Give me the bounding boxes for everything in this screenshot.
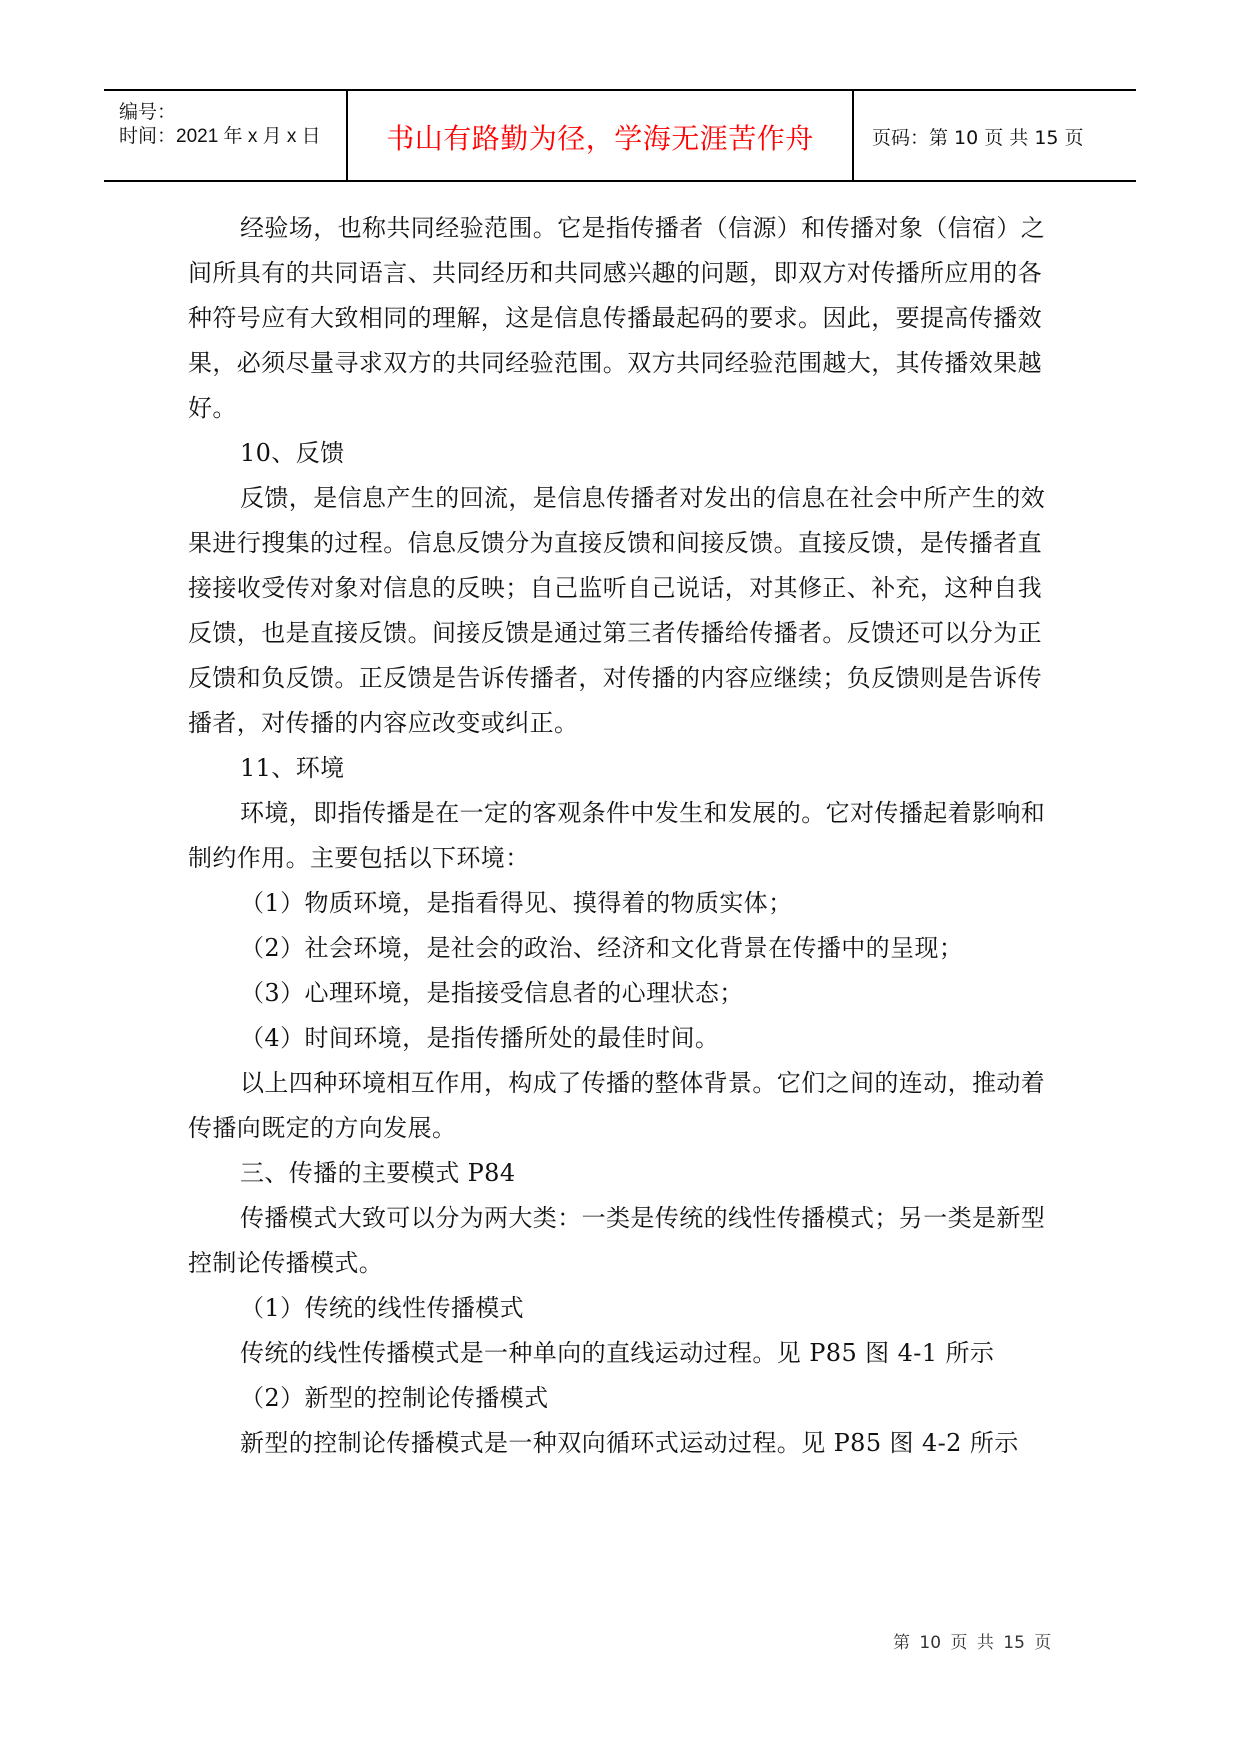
page-header: 编号： 时间：2021 年 x 月 x 日 书山有路勤为径，学海无涯苦作舟 页码…: [104, 89, 1136, 182]
paragraph-line: 环境，即指传播是在一定的客观条件中发生和发展的。它对传播起着影响和: [240, 798, 1045, 828]
paragraph-line: （2）新型的控制论传播模式: [240, 1383, 548, 1413]
paragraph-line: 反馈，也是直接反馈。间接反馈是通过第三者传播给传播者。反馈还可以分为正: [188, 618, 1042, 648]
paragraph-line: 控制论传播模式。: [188, 1248, 383, 1278]
serial-number-label: 编号：: [119, 97, 176, 124]
paragraph-line: 传播模式大致可以分为两大类：一类是传统的线性传播模式；另一类是新型: [240, 1203, 1045, 1233]
paragraph-line: 反馈，是信息产生的回流，是信息传播者对发出的信息在社会中所产生的效: [240, 483, 1045, 513]
paragraph-line: 制约作用。主要包括以下环境：: [188, 843, 530, 873]
paragraph-line: 播者，对传播的内容应改变或纠正。: [188, 708, 578, 738]
paragraph-line: 接接收受传对象对信息的反映；自己监听自己说话，对其修正、补充，这种自我: [188, 573, 1042, 603]
date-label: 时间：2021 年 x 月 x 日: [119, 121, 321, 148]
header-page-cell: 页码：第 10 页 共 15 页: [854, 91, 1136, 180]
paragraph-line: 11、环境: [240, 753, 345, 783]
paragraph-line: （3）心理环境，是指接受信息者的心理状态；: [240, 978, 744, 1008]
paragraph-line: 三、传播的主要模式 P84: [240, 1158, 516, 1188]
footer-page-number: 第 10 页 共 15 页: [893, 1628, 1051, 1653]
paragraph-line: （1）物质环境，是指看得见、摸得着的物质实体；: [240, 888, 792, 918]
header-meta-cell: 编号： 时间：2021 年 x 月 x 日: [104, 91, 348, 180]
paragraph-line: （2）社会环境，是社会的政治、经济和文化背景在传播中的呈现；: [240, 933, 963, 963]
paragraph-line: 间所具有的共同语言、共同经历和共同感兴趣的问题，即双方对传播所应用的各: [188, 258, 1042, 288]
paragraph-line: 好。: [188, 393, 237, 423]
paragraph-line: （4）时间环境，是指传播所处的最佳时间。: [240, 1023, 719, 1053]
paragraph-line: 10、反馈: [240, 438, 345, 468]
paragraph-line: 传统的线性传播模式是一种单向的直线运动过程。见 P85 图 4-1 所示: [240, 1338, 994, 1368]
paragraph-line: 传播向既定的方向发展。: [188, 1113, 456, 1143]
paragraph-line: 以上四种环境相互作用，构成了传播的整体背景。它们之间的连动，推动着: [240, 1068, 1045, 1098]
paragraph-line: 反馈和负反馈。正反馈是告诉传播者，对传播的内容应继续；负反馈则是告诉传: [188, 663, 1042, 693]
header-motto-cell: 书山有路勤为径，学海无涯苦作舟: [348, 91, 854, 180]
paragraph-line: 果，必须尽量寻求双方的共同经验范围。双方共同经验范围越大，其传播效果越: [188, 348, 1042, 378]
paragraph-line: 新型的控制论传播模式是一种双向循环式运动过程。见 P85 图 4-2 所示: [240, 1428, 1019, 1458]
header-page-number: 页码：第 10 页 共 15 页: [872, 123, 1084, 150]
paragraph-line: 果进行搜集的过程。信息反馈分为直接反馈和间接反馈。直接反馈，是传播者直: [188, 528, 1042, 558]
paragraph-line: 种符号应有大致相同的理解，这是信息传播最起码的要求。因此，要提高传播效: [188, 303, 1042, 333]
paragraph-line: （1）传统的线性传播模式: [240, 1293, 524, 1323]
paragraph-line: 经验场，也称共同经验范围。它是指传播者（信源）和传播对象（信宿）之: [240, 213, 1045, 243]
motto-text: 书山有路勤为径，学海无涯苦作舟: [348, 117, 852, 157]
